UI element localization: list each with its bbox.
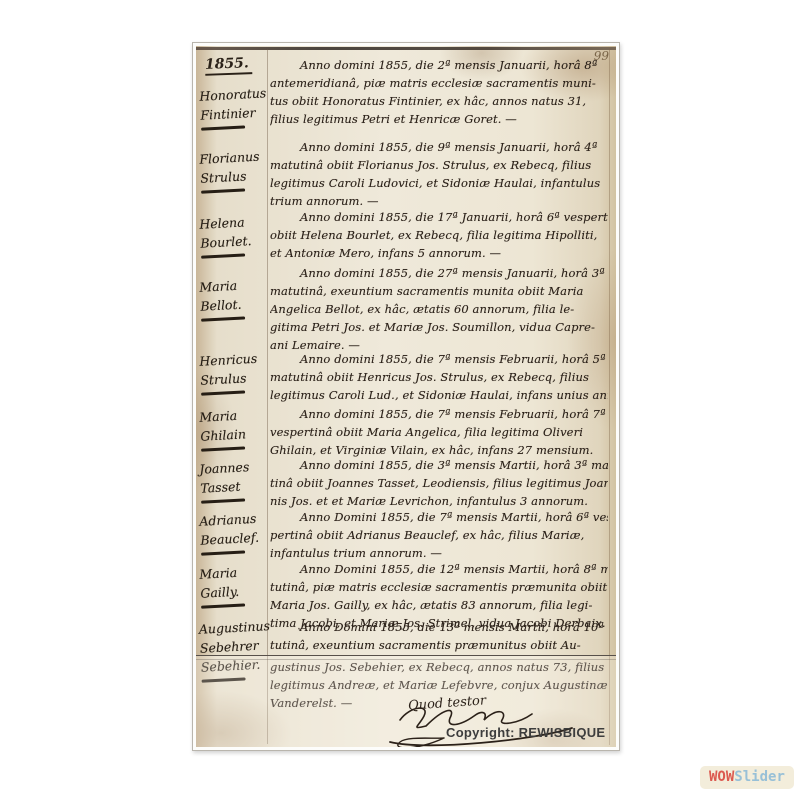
page-top-edge <box>196 47 616 50</box>
entry-line: trium annorum. — <box>270 194 608 208</box>
margin-name-underline <box>201 390 245 395</box>
margin-name-underline <box>201 316 245 321</box>
entry-line: ani Lemaire. — <box>270 338 608 352</box>
entry-line: Ghilain, et Virginiæ Vilain, ex hâc, inf… <box>270 443 608 457</box>
entry-line: Angelica Bellot, ex hâc, ætatis 60 annor… <box>270 302 608 316</box>
entry-line: Anno Domini 1855, die 12ª mensis Martii,… <box>270 562 608 576</box>
entry-line: legitimus Andreæ, et Mariæ Lefebvre, con… <box>270 678 608 692</box>
watermark-slider-text: Slider <box>734 769 785 785</box>
entry-line: Anno domini 1855, die 7ª mensis Februari… <box>270 407 608 421</box>
copyright-overlay: Copyright: REWISBIQUE <box>446 725 605 740</box>
entry-line: tutinâ, piæ matris ecclesiæ sacramentis … <box>270 580 608 594</box>
entry-line: matutinâ, exeuntium sacramentis munita o… <box>270 284 608 298</box>
entry-line: vespertinâ obiit Maria Angelica, filia l… <box>270 425 608 439</box>
margin-name-line: Gailly. <box>200 580 269 603</box>
entry-line: infantulus trium annorum. — <box>270 546 608 560</box>
entry-line: gitima Petri Jos. et Mariæ Jos. Soumillo… <box>270 320 608 334</box>
margin-name-underline <box>201 498 245 503</box>
entry-line: antemeridianâ, piæ matris ecclesiæ sacra… <box>270 76 608 90</box>
entry-line: legitimus Caroli Lud., et Sidoniæ Haulai… <box>270 388 608 402</box>
margin-name: FlorianusStrulus <box>199 146 269 193</box>
entry-line: obiit Helena Bourlet, ex Rebecq, filia l… <box>270 228 608 242</box>
margin-name: HonoratusFintinier <box>199 83 269 130</box>
register-page-paper: 1855. 99 HonoratusFintinierAnno domini 1… <box>196 46 616 747</box>
entry-line: Anno domini 1855, die 7ª mensis Februari… <box>270 352 608 366</box>
page-canvas: { "document": { "page_number": "99", "ye… <box>0 0 800 800</box>
margin-name: MariaGhilain <box>199 404 269 451</box>
entry-line: pertinâ obiit Adrianus Beauclef, ex hâc,… <box>270 528 608 542</box>
entry-line: filius legitimus Petri et Henricæ Goret.… <box>270 112 608 126</box>
margin-name-line: Tasset <box>200 475 269 498</box>
entry-line: nis Jos. et et Mariæ Levrichon, infantul… <box>270 494 608 508</box>
wowslider-watermark[interactable]: WOWSlider <box>700 766 794 789</box>
entry-line: et Antoniæ Mero, infans 5 annorum. — <box>270 246 608 260</box>
year-heading: 1855. <box>205 55 252 76</box>
margin-name-line: Bellot. <box>200 293 269 316</box>
entry-line: Anno domini 1855, die 3ª mensis Martii, … <box>270 458 608 472</box>
entry-line: gustinus Jos. Sebehier, ex Rebecq, annos… <box>270 660 608 674</box>
margin-name-underline <box>201 550 245 555</box>
entry-line: tus obiit Honoratus Fintinier, ex hâc, a… <box>270 94 608 108</box>
margin-name-underline <box>201 188 245 193</box>
margin-name: MariaGailly. <box>199 561 269 608</box>
entry-line: Anno domini 1855, die 2ª mensis Januarii… <box>270 58 608 72</box>
margin-name-line: Ghilain <box>200 423 269 446</box>
margin-name: HenricusStrulus <box>199 348 269 395</box>
margin-name: JoannesTasset <box>199 456 269 503</box>
margin-name-line: Strulus <box>200 165 269 188</box>
margin-name-line: Beauclef. <box>200 527 269 550</box>
entry-line: tinâ obiit Joannes Tasset, Leodiensis, f… <box>270 476 608 490</box>
entry-line: Anno domini 1855, die 27ª mensis Januari… <box>270 266 608 280</box>
margin-name-line: Fintinier <box>200 102 269 125</box>
margin-name-line: Strulus <box>200 367 269 390</box>
entry-line: Anno domini 1855, die 9ª mensis Januarii… <box>270 140 608 154</box>
watermark-wow-text: WOW <box>709 769 734 785</box>
margin-name-line: Bourlet. <box>200 230 269 253</box>
margin-name: AugustinusSebehrerSebehier. <box>198 616 269 682</box>
page-right-edge <box>609 48 611 745</box>
entry-line: tutinâ, exeuntium sacramentis præmunitus… <box>270 638 608 652</box>
entry-line: Anno domini 1855, die 17ª Januarii, horâ… <box>270 210 608 224</box>
death-register-scan: 1855. 99 HonoratusFintinierAnno domini 1… <box>192 42 620 751</box>
entry-line: matutinâ obiit Florianus Jos. Strulus, e… <box>270 158 608 172</box>
entry-line: matutinâ obiit Henricus Jos. Strulus, ex… <box>270 370 608 384</box>
entry-line: legitimus Caroli Ludovici, et Sidoniæ Ha… <box>270 176 608 190</box>
margin-name-line: Florianus <box>199 146 268 169</box>
entry-line: Anno Domini 1855, die 13ª mensis Martii,… <box>270 620 608 634</box>
margin-name-underline <box>201 446 245 451</box>
margin-name: AdrianusBeauclef. <box>199 508 269 555</box>
margin-name-underline <box>201 603 245 608</box>
scan-seam-line <box>196 655 616 656</box>
margin-name: MariaBellot. <box>199 274 269 321</box>
margin-name: HelenaBourlet. <box>199 211 269 258</box>
scan-seam-line-2 <box>196 659 616 660</box>
entry-line: Anno Domini 1855, die 7ª mensis Martii, … <box>270 510 608 524</box>
margin-name-line: Honoratus <box>199 83 268 106</box>
margin-name-line: Sebehier. <box>200 654 269 677</box>
margin-name-underline <box>202 677 246 682</box>
margin-name-line: Henricus <box>199 348 268 371</box>
margin-name-underline <box>201 253 245 258</box>
margin-name-underline <box>201 125 245 130</box>
entry-line: Maria Jos. Gailly, ex hâc, ætatis 83 ann… <box>270 598 608 612</box>
